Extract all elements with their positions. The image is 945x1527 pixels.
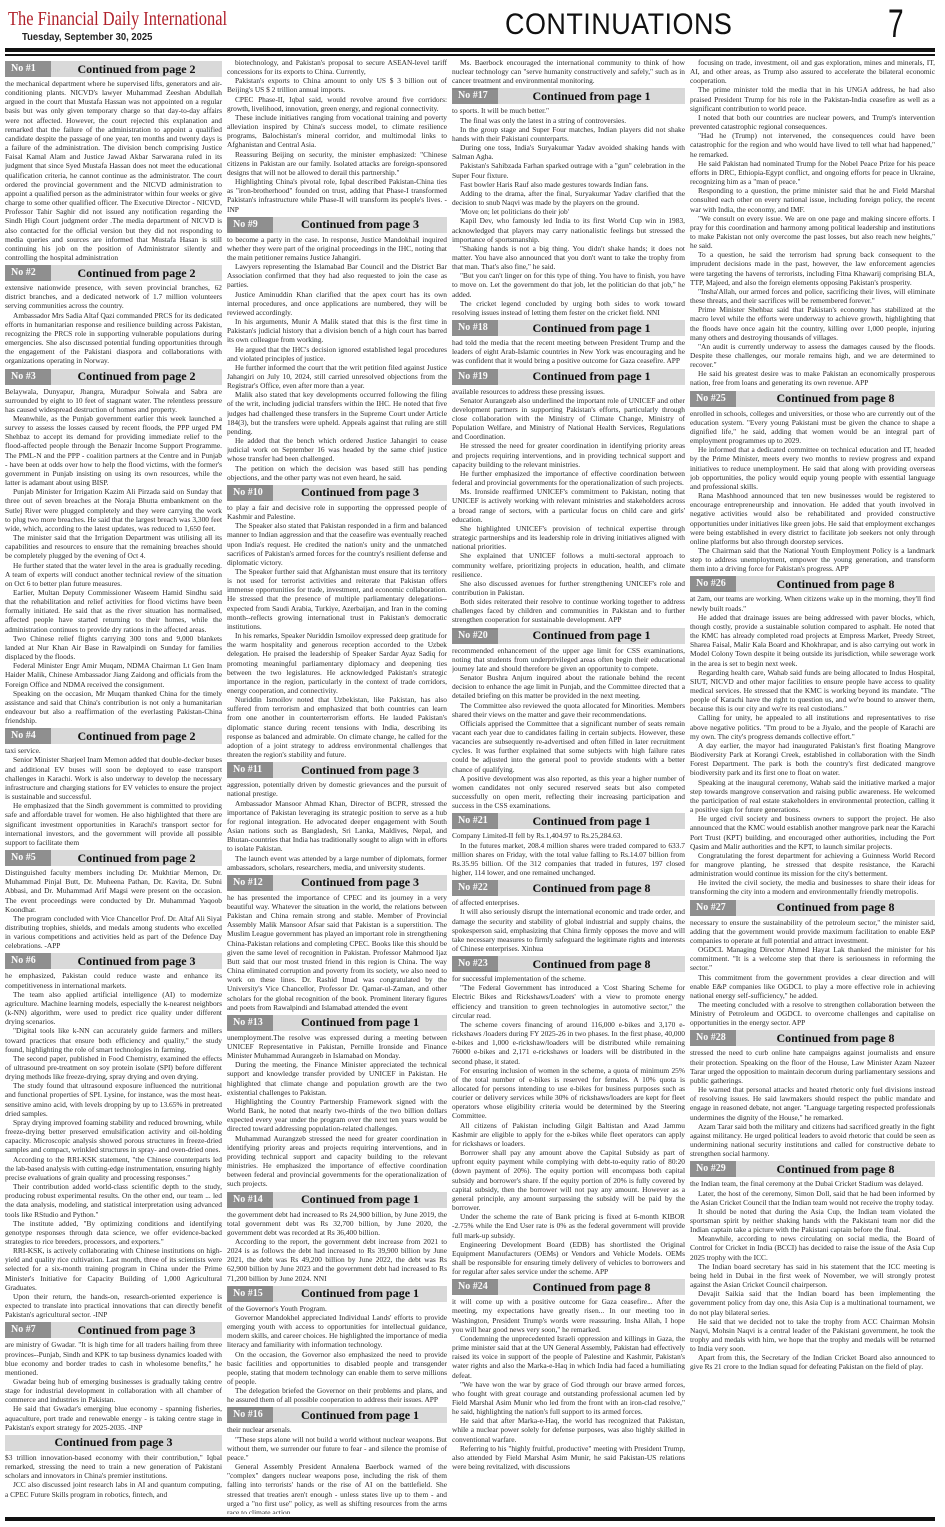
- article-body: he emphasized, Pakistan could reduce was…: [5, 971, 222, 1319]
- paragraph: Justice Aminuddin Khan clarified that th…: [227, 290, 447, 317]
- paragraph: for successful implementation of the sch…: [452, 974, 685, 983]
- paragraph: CPEC Phase-II, Iqbal said, would revolve…: [227, 95, 447, 113]
- paragraph: I noted that both our countries are nucl…: [690, 113, 935, 131]
- section-header: No #26Continued from page 8: [690, 576, 935, 592]
- story-number-badge: No #19: [452, 369, 498, 385]
- paragraph: OGDCL Managing Director Ahmed Hayat Lak …: [690, 945, 935, 972]
- paragraph: Distinguished faculty members including …: [5, 868, 222, 914]
- article-continuation: No #10Continued from page 3to play a fai…: [227, 485, 447, 759]
- paragraph: General Assembly President Annalena Baer…: [227, 1462, 447, 1514]
- paragraph: Later, the host of the ceremony, Simon D…: [690, 1189, 935, 1207]
- paragraph: Fast bowler Haris Rauf also made gesture…: [452, 180, 685, 189]
- story-number-badge: No #12: [227, 875, 273, 891]
- paragraph: 'Move on; let politicians do their job': [452, 207, 685, 216]
- article-body: biotechnology, and Pakistan's proposal t…: [227, 58, 447, 214]
- paragraph: Both sides reiterated their resolve to c…: [452, 597, 685, 624]
- paragraph: Senator Bushra Anjum inquired about the …: [452, 673, 685, 700]
- continued-from-label: Continued from page 3: [273, 217, 447, 232]
- section-header: No #24Continued from page 8: [452, 1279, 685, 1295]
- bottom-rule: [5, 1517, 935, 1521]
- story-number-badge: No #24: [452, 1279, 498, 1295]
- paragraph: biotechnology, and Pakistan's proposal t…: [227, 58, 447, 76]
- paragraph: to play a fair and decisive role in supp…: [227, 503, 447, 521]
- paragraph: She explained that UNICEF follows a mult…: [452, 551, 685, 578]
- paragraph: "We consult on every issue. We are on on…: [690, 214, 935, 251]
- column-4: focusing on trade, investment, oil and g…: [690, 58, 935, 1514]
- paragraph: JCC also discussed joint research labs i…: [5, 1480, 222, 1498]
- paragraph: Speaking at the inaugural ceremony, Waha…: [690, 778, 935, 815]
- paragraph: She also discussed avenues for further s…: [452, 579, 685, 597]
- section-header: No #13Continued from page 1: [227, 1015, 447, 1031]
- article-body: available resources to address these pre…: [452, 387, 685, 625]
- paragraph: Prime Minister Shehbaz said that Pakista…: [690, 305, 935, 342]
- paragraph: A day earlier, the mayor had inaugurated…: [690, 741, 935, 778]
- top-rule: [5, 48, 935, 52]
- paragraph: recommended enhancement of the upper age…: [452, 646, 685, 673]
- section-header: No #9Continued from page 3: [227, 217, 447, 233]
- paragraph: Senator Aurangzeb also underlined the im…: [452, 396, 685, 442]
- paragraph: necessary to ensure the sustainability o…: [690, 918, 935, 945]
- section-header: No #25Continued from page 8: [690, 391, 935, 407]
- continued-from-label: Continued from page 3: [51, 954, 222, 969]
- paragraph: Spray drying improved foaming stability …: [5, 1118, 222, 1155]
- paragraph: Nuriddin Ismoilov noted that Uzbekistan,…: [227, 695, 447, 759]
- paragraph: To a question, he said the terrorism had…: [690, 250, 935, 287]
- paragraph: He argued that the IHC's decision ignore…: [227, 345, 447, 363]
- article-body: their nuclear arsenals."These steps alon…: [227, 1425, 447, 1514]
- paragraph: He said that we decided not to take the …: [690, 1317, 935, 1354]
- story-number-badge: No #5: [5, 850, 51, 866]
- continued-from-label: Continued from page 1: [498, 628, 685, 643]
- continued-from-label: Continued from page 8: [498, 881, 685, 896]
- paragraph: Muhammad Aurangzeb stressed the need for…: [227, 1134, 447, 1189]
- story-number-badge: No #25: [690, 391, 736, 407]
- paragraph: The petition on which the decision was b…: [227, 464, 447, 482]
- paragraph: According to the RRI-KSK statement, "the…: [5, 1155, 222, 1182]
- article-body: recommended enhancement of the upper age…: [452, 646, 685, 811]
- paragraph: Two Chinese relief flights carrying 300 …: [5, 634, 222, 661]
- article-continuation: No #15Continued from page 1of the Govern…: [227, 1286, 447, 1405]
- story-number-badge: No #9: [227, 217, 273, 233]
- paragraph: The Speaker also stated that Pakistan re…: [227, 521, 447, 567]
- paragraph: Company Limited-II fell by Rs.1,404.97 t…: [452, 831, 685, 840]
- continued-from-label: Continued from page 1: [273, 1192, 447, 1207]
- page-number: 7: [888, 2, 904, 47]
- paragraph: A positive development was also reported…: [452, 774, 685, 811]
- paragraph: He further informed the court that the w…: [227, 363, 447, 390]
- section-header: No #29Continued from page 8: [690, 1161, 935, 1177]
- paragraph: He said Pakistan had nominated Trump for…: [690, 159, 935, 186]
- article-body: Distinguished faculty members including …: [5, 868, 222, 950]
- paragraph: The scheme covers financing of around 11…: [452, 1020, 685, 1066]
- paragraph: the Indian team, the final ceremony at t…: [690, 1179, 935, 1188]
- article-body: Ms. Baerbock encouraged the internationa…: [452, 58, 685, 85]
- paragraph: The second paper, published in Food Chem…: [5, 1054, 222, 1081]
- paragraph: He invited the civil society, the media …: [690, 878, 935, 896]
- story-number-badge: No #15: [227, 1286, 273, 1302]
- paragraph: He added that the bench which ordered Ju…: [227, 436, 447, 463]
- article-continuation: No #11Continued from page 3aggression, p…: [227, 762, 447, 872]
- paragraph: Responding to a question, the prime mini…: [690, 186, 935, 213]
- story-number-badge: No #28: [690, 1030, 736, 1046]
- paragraph: The Chairman said that the National Yout…: [690, 546, 935, 573]
- continued-from-label: Continued from page 1: [273, 1015, 447, 1030]
- paragraph: The delegation briefed the Governor on t…: [227, 1386, 447, 1404]
- paragraph: The team also applied artificial intelli…: [5, 990, 222, 1027]
- paragraph: In the group stage and Super Four matche…: [452, 125, 685, 143]
- story-number-badge: No #3: [5, 369, 51, 385]
- paragraph: He stressed the need for greater coordin…: [452, 441, 685, 468]
- article-body: he has presented the importance of CPEC …: [227, 893, 447, 1012]
- paragraph: it will come up with a positive outcome …: [452, 1297, 685, 1334]
- paragraph: the government debt had increased to Rs …: [227, 1210, 447, 1237]
- paragraph: The Indian board secretary has said in h…: [690, 1262, 935, 1289]
- paragraph: focusing on trade, investment, oil and g…: [690, 58, 935, 85]
- article-body: extensive nationwide presence, with seve…: [5, 283, 222, 365]
- section-header: No #15Continued from page 1: [227, 1286, 447, 1302]
- article-continuation: biotechnology, and Pakistan's proposal t…: [227, 58, 447, 214]
- story-number-badge: No #11: [227, 762, 273, 778]
- paragraph: their nuclear arsenals.: [227, 1425, 447, 1434]
- paragraph: She highlighted UNICEF's provision of te…: [452, 524, 685, 551]
- story-number-badge: No #27: [690, 900, 736, 916]
- paragraph: Punjab Minister for Irrigation Kazim Ali…: [5, 487, 222, 533]
- paragraph: Malik also stated that key developments …: [227, 390, 447, 436]
- continued-from-label: Continued from page 2: [51, 369, 222, 384]
- paragraph: He warned that personal attacks and heat…: [690, 1085, 935, 1122]
- paragraph: "Digital tools like k-NN can accurately …: [5, 1026, 222, 1053]
- paragraph: All citizens of Pakistan including Gilgi…: [452, 1121, 685, 1148]
- section-header: No #22Continued from page 8: [452, 880, 685, 896]
- continued-from-label: Continued from page 8: [736, 1162, 935, 1177]
- article-continuation: No #3Continued from page 2Belaywala, Dun…: [5, 369, 222, 726]
- section-header: No #17Continued from page 1: [452, 88, 685, 104]
- continued-from-label: Continued from page 8: [498, 1280, 685, 1295]
- continued-from-label: Continued from page 2: [51, 729, 222, 744]
- paper-name: The Financial Daily International: [8, 8, 227, 31]
- section-header: No #16Continued from page 1: [227, 1407, 447, 1423]
- paragraph: aggression, potentially driven by domest…: [227, 780, 447, 798]
- section-header: No #4Continued from page 2: [5, 728, 222, 744]
- article-body: the mechanical department where he super…: [5, 79, 222, 262]
- paragraph: Highlighting the Country Partnership Fra…: [227, 1097, 447, 1134]
- continued-from-label: Continued from page 2: [51, 851, 222, 866]
- continued-from-label: Continued from page 1: [498, 89, 685, 104]
- section-header: No #14Continued from page 1: [227, 1192, 447, 1208]
- paragraph: available resources to address these pre…: [452, 387, 685, 396]
- article-body: the government debt had increased to Rs …: [227, 1210, 447, 1283]
- article-continuation: No #14Continued from page 1the governmen…: [227, 1192, 447, 1283]
- paragraph: Ambassador Mrs Sadia Altaf Qazi commande…: [5, 311, 222, 366]
- paragraph: Ms. Baerbock encouraged the internationa…: [452, 58, 685, 85]
- article-body: stressed the need to curb online hate ca…: [690, 1048, 935, 1158]
- article-continuation: No #29Continued from page 8the Indian te…: [690, 1161, 935, 1371]
- story-number-badge: No #23: [452, 956, 498, 972]
- paragraph: Referring to his "highly fruitful, produ…: [452, 1444, 685, 1471]
- paragraph: unemployment.The resolve was expressed d…: [227, 1033, 447, 1060]
- story-number-badge: No #14: [227, 1192, 273, 1208]
- story-number-badge: No #20: [452, 628, 498, 644]
- paragraph: "We have won the war by grace of God thr…: [452, 1380, 685, 1417]
- paragraph: In his arguments, Munir A Malik stated t…: [227, 317, 447, 344]
- paragraph: Calling for unity, he appealed to all in…: [690, 713, 935, 740]
- paragraph: Meanwhile, according to news circulating…: [690, 1234, 935, 1261]
- continued-from-label: Continued from page 8: [736, 1031, 935, 1046]
- paragraph: The meeting concluded with a resolve to …: [690, 1000, 935, 1027]
- article-continuation: No #1Continued from page 2the mechanical…: [5, 61, 222, 262]
- section-title: CONTINUATIONS: [505, 8, 732, 42]
- paragraph: The Committee also reviewed the quota al…: [452, 701, 685, 719]
- article-continuation: No #6Continued from page 3he emphasized,…: [5, 953, 222, 1319]
- continued-from-label: Continued from page 1: [498, 369, 685, 384]
- section-header: No #3Continued from page 2: [5, 369, 222, 385]
- article-body: Company Limited-II fell by Rs.1,404.97 t…: [452, 831, 685, 877]
- paragraph: "But you can't linger on for this type o…: [452, 271, 685, 298]
- paragraph: Lawyers representing the Islamabad Bar C…: [227, 262, 447, 289]
- paragraph: are ministry of Gwadar. "It is high time…: [5, 1340, 222, 1377]
- article-continuation: No #12Continued from page 3he has presen…: [227, 875, 447, 1012]
- paragraph: Rana Mashhood announced that ten new bus…: [690, 491, 935, 546]
- story-number-badge: No #4: [5, 728, 51, 744]
- paragraph: The program concluded with Vice Chancell…: [5, 914, 222, 951]
- continued-from-label: Continued from page 2: [51, 266, 222, 281]
- paragraph: Ms. Ironside reaffirmed UNICEF's commitm…: [452, 487, 685, 524]
- continued-from-label: Continued from page 3: [273, 875, 447, 890]
- paragraph: He further emphasized the importance of …: [452, 469, 685, 487]
- paragraph: The final was only the latest in a strin…: [452, 116, 685, 125]
- story-number-badge: No #7: [5, 1322, 51, 1338]
- section-header: No #19Continued from page 1: [452, 369, 685, 385]
- article-body: for successful implementation of the sch…: [452, 974, 685, 1276]
- paragraph: to become a party in the case. In respon…: [227, 235, 447, 262]
- paragraph: For ensuring inclusion of women in the s…: [452, 1066, 685, 1121]
- paragraph: Federal Minister Engr Amir Muqam, NDMA C…: [5, 661, 222, 688]
- paragraph: had told the media that the recent meeti…: [452, 338, 685, 365]
- paragraph: Their contribution added world-class sci…: [5, 1182, 222, 1219]
- paragraph: enrolled in schools, colleges and univer…: [690, 409, 935, 446]
- paragraph: $3 trillion innovation-based economy wit…: [5, 1453, 222, 1480]
- paragraph: Meanwhile, as the Punjab government earl…: [5, 414, 222, 487]
- paragraph: Upon their return, the hands-on, researc…: [5, 1292, 222, 1319]
- section-header: No #23Continued from page 8: [452, 956, 685, 972]
- continued-from-label: Continued from page 8: [498, 957, 685, 972]
- column-3: Ms. Baerbock encouraged the internationa…: [452, 58, 685, 1514]
- paragraph: Pakistan's exports to China amount to on…: [227, 76, 447, 94]
- paragraph: It will also seriously disrupt the inter…: [452, 907, 685, 953]
- story-number-badge: No #17: [452, 88, 498, 104]
- article-body: of affected enterprises.It will also ser…: [452, 898, 685, 953]
- paragraph: The cricket legend concluded by urging b…: [452, 299, 685, 317]
- paragraph: He said that after Marka-e-Haq, the worl…: [452, 1416, 685, 1443]
- story-number-badge: No #26: [690, 576, 736, 592]
- article-continuation: No #27Continued from page 8necessary to …: [690, 900, 935, 1028]
- continued-from-label: Continued from page 1: [498, 814, 685, 829]
- paragraph: He urged civil society and business owne…: [690, 814, 935, 851]
- section-header: No #12Continued from page 3: [227, 875, 447, 891]
- paragraph: Ambassador Mansoor Ahmad Khan, Director …: [227, 799, 447, 854]
- article-body: taxi service.Senior Minister Sharjeel In…: [5, 746, 222, 847]
- paragraph: Gwadar being hub of emerging businesses …: [5, 1377, 222, 1404]
- paragraph: extensive nationwide presence, with seve…: [5, 283, 222, 310]
- paragraph: at 2am, our teams are working. When citi…: [690, 594, 935, 612]
- continued-from-label: Continued from page 3: [5, 1435, 222, 1450]
- story-number-badge: No #2: [5, 265, 51, 281]
- article-body: are ministry of Gwadar. "It is high time…: [5, 1340, 222, 1432]
- paragraph: The prime minister told the media that i…: [690, 85, 935, 112]
- article-continuation: No #13Continued from page 1unemployment.…: [227, 1015, 447, 1189]
- article-continuation: No #16Continued from page 1their nuclear…: [227, 1407, 447, 1514]
- publication-date: Tuesday, September 30, 2025: [22, 31, 152, 43]
- paragraph: During one toss, India's Suryakumar Yada…: [452, 143, 685, 161]
- article-continuation: Ms. Baerbock encouraged the internationa…: [452, 58, 685, 85]
- article-body: unemployment.The resolve was expressed d…: [227, 1033, 447, 1189]
- continued-from-label: Continued from page 1: [273, 1286, 447, 1301]
- section-header: No #5Continued from page 2: [5, 850, 222, 866]
- paragraph: According to the report, the government …: [227, 1237, 447, 1283]
- continued-from-label: Continued from page 8: [736, 577, 935, 592]
- story-number-badge: No #18: [452, 320, 498, 336]
- paragraph: He said that Gwadar's emerging blue econ…: [5, 1404, 222, 1431]
- article-body: had told the media that the recent meeti…: [452, 338, 685, 365]
- paragraph: In the futures market, 208.4 million sha…: [452, 841, 685, 878]
- paragraph: This commitment from the government prov…: [690, 973, 935, 1000]
- paragraph: "An audit is currently underway to asses…: [690, 342, 935, 369]
- paragraph: These include initiatives ranging from v…: [227, 113, 447, 150]
- column-1: No #1Continued from page 2the mechanical…: [5, 58, 222, 1514]
- paragraph: Regarding health care, Wahab said funds …: [690, 668, 935, 714]
- paragraph: Earlier, Multan Deputy Commissioner Wase…: [5, 588, 222, 634]
- paragraph: taxi service.: [5, 746, 222, 755]
- paragraph: He informed that a dedicated committee o…: [690, 445, 935, 491]
- paragraph: Azam Tarar said both the military and ci…: [690, 1122, 935, 1159]
- article-body: it will come up with a positive outcome …: [452, 1297, 685, 1471]
- article-continuation: focusing on trade, investment, oil and g…: [690, 58, 935, 388]
- article-body: to play a fair and decisive role in supp…: [227, 503, 447, 759]
- continued-from-label: Continued from page 3: [273, 485, 447, 500]
- paragraph: "Had he (Trump) not intervened, the cons…: [690, 131, 935, 158]
- masthead: The Financial Daily International Tuesda…: [0, 0, 945, 52]
- article-continuation: No #17Continued from page 1to sports. It…: [452, 88, 685, 317]
- continued-from-label: Continued from page 2: [51, 62, 222, 77]
- section-header: Continued from page 3: [5, 1435, 222, 1451]
- section-header: No #27Continued from page 8: [690, 900, 935, 916]
- paragraph: the mechanical department where he super…: [5, 79, 222, 262]
- continued-from-label: Continued from page 8: [736, 391, 935, 406]
- story-number-badge: No #22: [452, 880, 498, 896]
- article-body: to sports. It will be much better."The f…: [452, 106, 685, 317]
- paragraph: Under the scheme the rate of Bank pricin…: [452, 1212, 685, 1239]
- article-continuation: No #4Continued from page 2taxi service.S…: [5, 728, 222, 847]
- paragraph: He said his greatest desire was to make …: [690, 369, 935, 387]
- continued-from-label: Continued from page 3: [273, 763, 447, 778]
- paragraph: Reassuring Beijing on security, the mini…: [227, 150, 447, 177]
- article-continuation: No #9Continued from page 3to become a pa…: [227, 217, 447, 482]
- article-body: $3 trillion innovation-based economy wit…: [5, 1453, 222, 1499]
- paragraph: he has presented the importance of CPEC …: [227, 893, 447, 1012]
- paragraph: Congratulating the forest department for…: [690, 851, 935, 878]
- paragraph: Kapil Dev, who famously led India to its…: [452, 216, 685, 243]
- story-number-badge: No #1: [5, 61, 51, 77]
- story-number-badge: No #29: [690, 1161, 736, 1177]
- story-number-badge: No #10: [227, 485, 273, 501]
- paragraph: In his remarks, Speaker Nuriddin Ismoilo…: [227, 631, 447, 695]
- article-continuation: No #18Continued from page 1had told the …: [452, 320, 685, 365]
- article-continuation: No #2Continued from page 2extensive nati…: [5, 265, 222, 365]
- article-body: the Indian team, the final ceremony at t…: [690, 1179, 935, 1371]
- section-header: No #11Continued from page 3: [227, 762, 447, 778]
- article-continuation: No #5Continued from page 2Distinguished …: [5, 850, 222, 950]
- paragraph: to sports. It will be much better.": [452, 106, 685, 115]
- article-body: enrolled in schools, colleges and univer…: [690, 409, 935, 574]
- paragraph: The Speaker further said that Afghanista…: [227, 567, 447, 631]
- top-rule-thin: [5, 54, 935, 56]
- paragraph: "Shaking hands is not a big thing. You d…: [452, 244, 685, 271]
- section-header: No #20Continued from page 1: [452, 628, 685, 644]
- continued-from-label: Continued from page 8: [736, 900, 935, 915]
- article-body: necessary to ensure the sustainability o…: [690, 918, 935, 1028]
- section-header: No #2Continued from page 2: [5, 265, 222, 281]
- section-header: No #7Continued from page 3: [5, 1322, 222, 1338]
- article-body: of the Governor's Youth Program.Governor…: [227, 1304, 447, 1405]
- story-number-badge: No #13: [227, 1015, 273, 1031]
- paragraph: "These steps alone will not build a worl…: [227, 1435, 447, 1462]
- paragraph: "The Federal Government has introduced a…: [452, 983, 685, 1020]
- paragraph: It should be noted that during the Asia …: [690, 1207, 935, 1234]
- article-continuation: No #26Continued from page 8at 2am, our t…: [690, 576, 935, 896]
- story-number-badge: No #6: [5, 953, 51, 969]
- paragraph: The institute added, "By optimizing cond…: [5, 1219, 222, 1246]
- paragraph: He added that drainage issues are being …: [690, 613, 935, 668]
- article-continuation: No #19Continued from page 1available res…: [452, 369, 685, 625]
- article-continuation: No #23Continued from page 8for successfu…: [452, 956, 685, 1276]
- article-continuation: No #7Continued from page 3are ministry o…: [5, 1322, 222, 1432]
- paragraph: Highlighting China's pivotal role, Iqbal…: [227, 177, 447, 214]
- paragraph: of the Governor's Youth Program.: [227, 1304, 447, 1313]
- section-header: No #1Continued from page 2: [5, 61, 222, 77]
- article-continuation: No #20Continued from page 1recommended e…: [452, 628, 685, 811]
- paragraph: of affected enterprises.: [452, 898, 685, 907]
- article-body: at 2am, our teams are working. When citi…: [690, 594, 935, 896]
- section-header: No #18Continued from page 1: [452, 320, 685, 336]
- article-continuation: Continued from page 3$3 trillion innovat…: [5, 1435, 222, 1499]
- paragraph: Pakistan's Sahibzada Farhan sparked outr…: [452, 161, 685, 179]
- paragraph: "Insha'Allah, our armed forces and polic…: [690, 287, 935, 305]
- article-body: to become a party in the case. In respon…: [227, 235, 447, 482]
- paragraph: Apart from this, the Secretary of the In…: [690, 1353, 935, 1371]
- paragraph: Speaking on the occasion, Mr Muqam thank…: [5, 689, 222, 726]
- paragraph: Officials apprised the Committee that a …: [452, 719, 685, 774]
- paragraph: He further stated that the water level i…: [5, 561, 222, 588]
- paragraph: Devajit Saikia said that the Indian boar…: [690, 1289, 935, 1316]
- paragraph: He emphasized that the Sindh government …: [5, 801, 222, 847]
- continued-from-label: Continued from page 1: [273, 1408, 447, 1423]
- paragraph: Engineering Development Board (EDB) has …: [452, 1240, 685, 1277]
- column-2: biotechnology, and Pakistan's proposal t…: [227, 58, 447, 1514]
- section-header: No #28Continued from page 8: [690, 1030, 935, 1046]
- paragraph: The launch event was attended by a large…: [227, 854, 447, 872]
- paragraph: On the occasion, the Governor also empha…: [227, 1350, 447, 1387]
- article-continuation: No #24Continued from page 8it will come …: [452, 1279, 685, 1471]
- paragraph: stressed the need to curb online hate ca…: [690, 1048, 935, 1085]
- paragraph: Condemning the unprecedented Israeli opp…: [452, 1334, 685, 1380]
- continued-from-label: Continued from page 1: [498, 321, 685, 336]
- article-body: Belaywala, Dunyapur, Jhangra, Muradpur S…: [5, 387, 222, 726]
- paragraph: Senior Minister Sharjeel Inam Memon adde…: [5, 755, 222, 801]
- paragraph: The minister said that the Irrigation De…: [5, 533, 222, 560]
- paragraph: The study found that ultrasound exposure…: [5, 1081, 222, 1118]
- continued-from-label: Continued from page 3: [51, 1323, 222, 1338]
- article-continuation: No #25Continued from page 8enrolled in s…: [690, 391, 935, 574]
